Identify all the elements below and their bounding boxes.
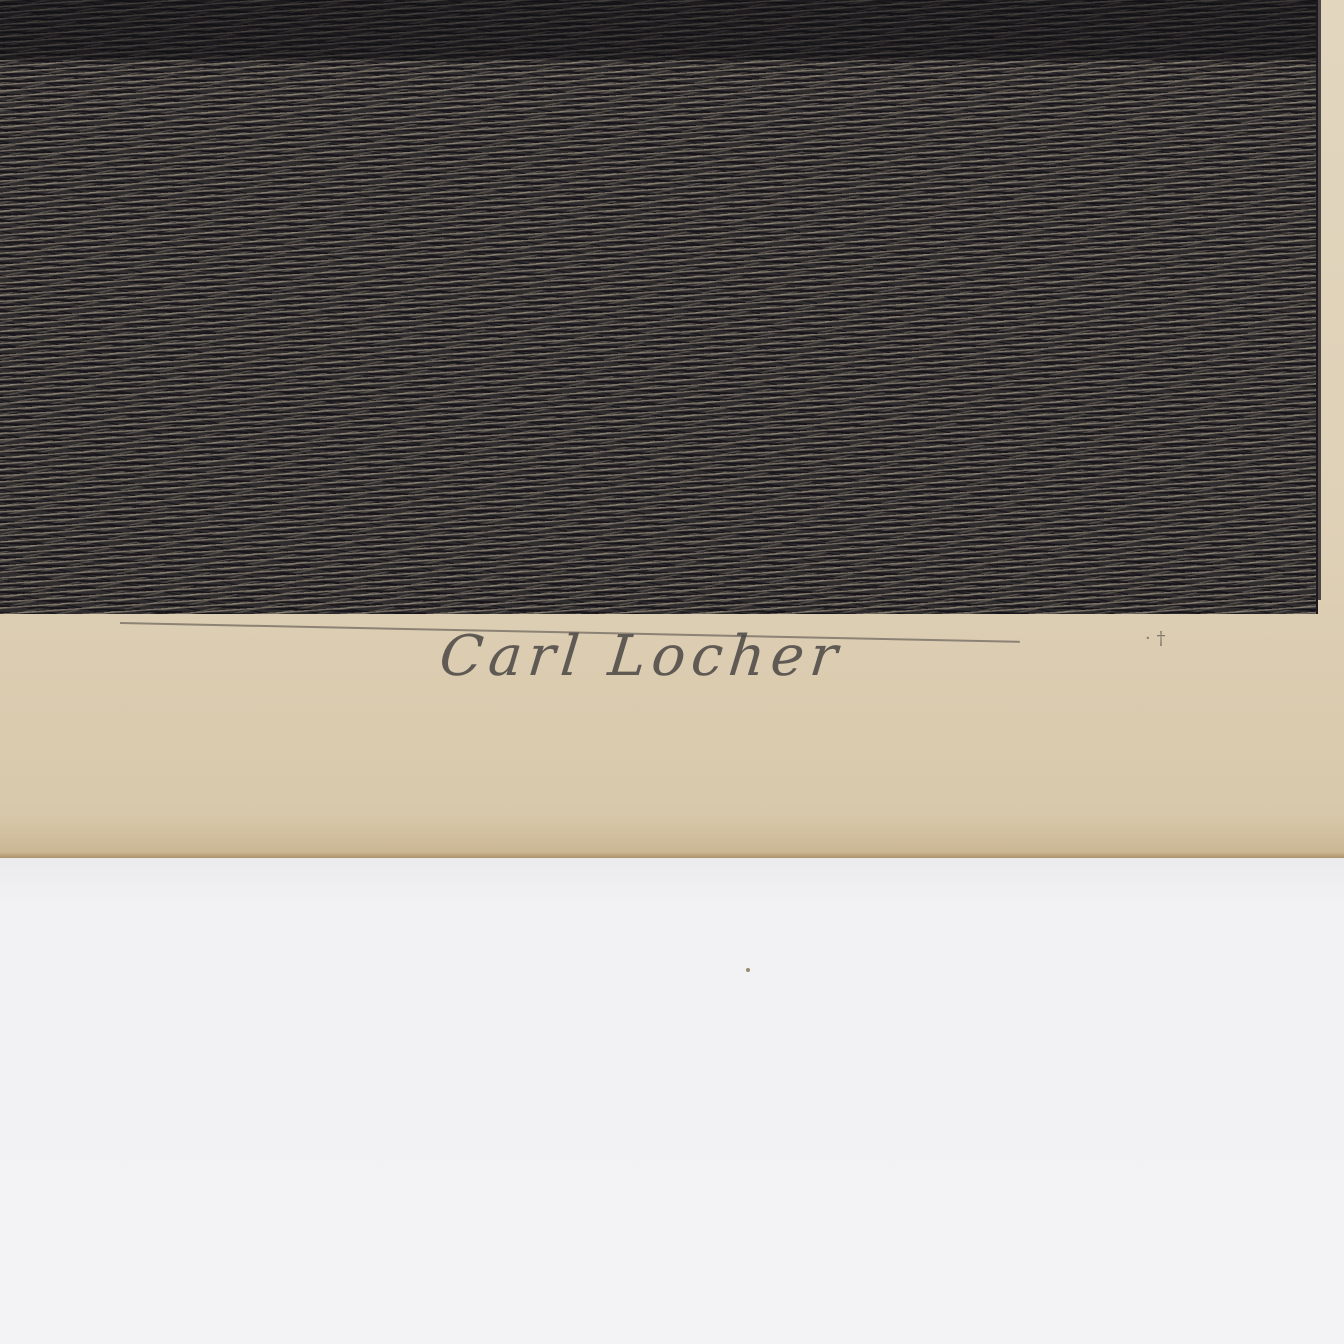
etched-plate-area — [0, 0, 1318, 614]
white-mat-board — [0, 858, 1344, 1344]
artist-signature: Carl Locher — [437, 624, 847, 689]
plate-edge-line — [1318, 0, 1321, 600]
etching-paper-sheet: Carl Locher · † — [0, 0, 1344, 858]
speck — [746, 968, 750, 972]
dark-crosshatch-band — [0, 0, 1316, 60]
small-plate-mark: · † — [1145, 628, 1165, 649]
